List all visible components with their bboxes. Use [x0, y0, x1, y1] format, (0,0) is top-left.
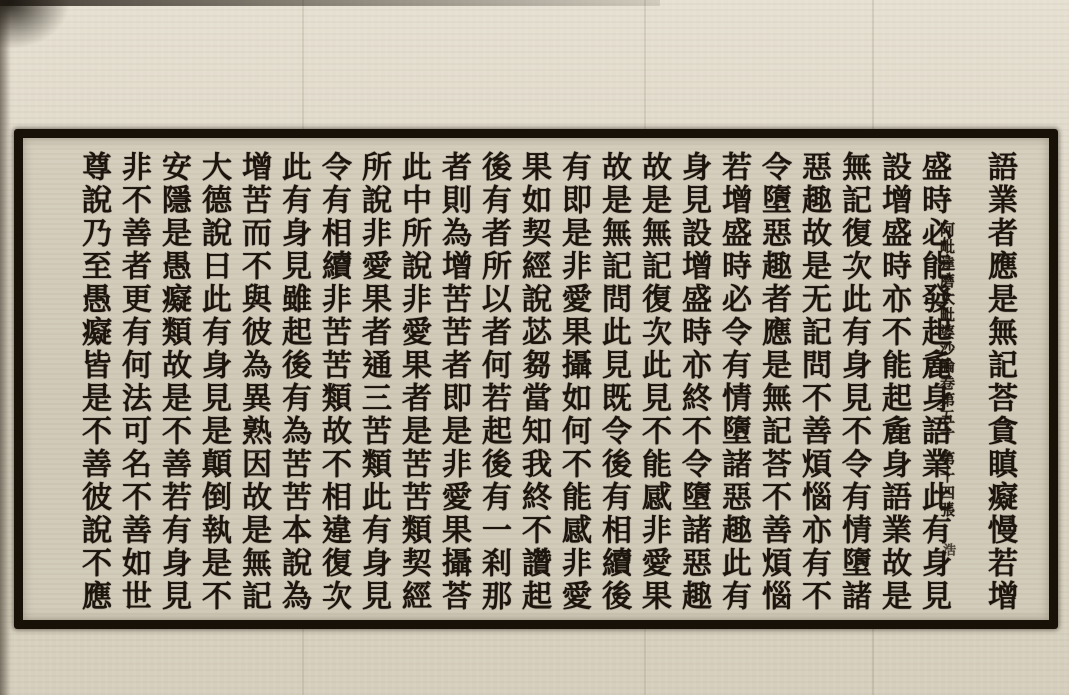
text-column: 身見設增盛時亦終不令墮諸惡趣: [673, 151, 713, 607]
text-column: 盛時必能發起麁身語業此有身見: [913, 151, 953, 607]
text-column: 大德說曰此有身見是顛倒執是不: [193, 151, 233, 607]
text-column: 增苦而不與彼為異熟因故是無記: [233, 151, 273, 607]
manuscript-scan: { "document": { "kind": "woodblock-print…: [0, 0, 1069, 695]
text-column: 無記復次此有身見不令有情墮諸: [833, 151, 873, 607]
text-column: 非不善者更有何法可名不善如世: [113, 151, 153, 607]
text-column: 設增盛時亦不能起麁身語業故是: [873, 151, 913, 607]
ink-smudge: [0, 0, 76, 54]
text-column: 惡趣故是无記問不善煩惱亦有不: [793, 151, 833, 607]
text-column: 尊說乃至愚癡皆是不善彼說不應: [73, 151, 113, 607]
text-column: 安隱是愚癡類故是不善若有身見: [153, 151, 193, 607]
text-column: 令墮惡趣者應是無記荅不善煩惱: [753, 151, 793, 607]
text-columns: 語業者應是無記荅貪瞋癡慢若增盛時必能發起麁身語業此有身見設增盛時亦不能起麁身語業…: [61, 151, 1019, 607]
text-column: 故是無記復次此見不能感非愛果: [633, 151, 673, 607]
text-column: 此有身見雖起後有為苦苦本說為: [273, 151, 313, 607]
scan-edge-shadow: [0, 0, 11, 695]
text-column: 有即是非愛果攝如何不能感非愛: [553, 151, 593, 607]
text-column: 此中所說非愛果者是苦苦類契經: [393, 151, 433, 607]
text-column: 故是無記問此見既令後有相續後: [593, 151, 633, 607]
text-column: 果如契經說苾芻當知我終不讚起: [513, 151, 553, 607]
scan-edge-smear: [0, 0, 660, 6]
text-column: 若增盛時必令有情墮諸惡趣此有: [713, 151, 753, 607]
text-column: 語業者應是無記荅貪瞋癡慢若增: [979, 151, 1019, 607]
text-column: 者則為增苦苦者即是非愛果攝荅: [433, 151, 473, 607]
printed-text-frame: 阿毗達磨大毗婆沙論卷第五十第十四張浩 語業者應是無記荅貪瞋癡慢若增盛時必能發起麁…: [14, 129, 1058, 629]
text-column: 後有者所以者何若起後有一刹那: [473, 151, 513, 607]
text-column: 令有相續非苦苦類故不相違復次: [313, 151, 353, 607]
text-column: 所說非愛果者通三苦類此有身見: [353, 151, 393, 607]
